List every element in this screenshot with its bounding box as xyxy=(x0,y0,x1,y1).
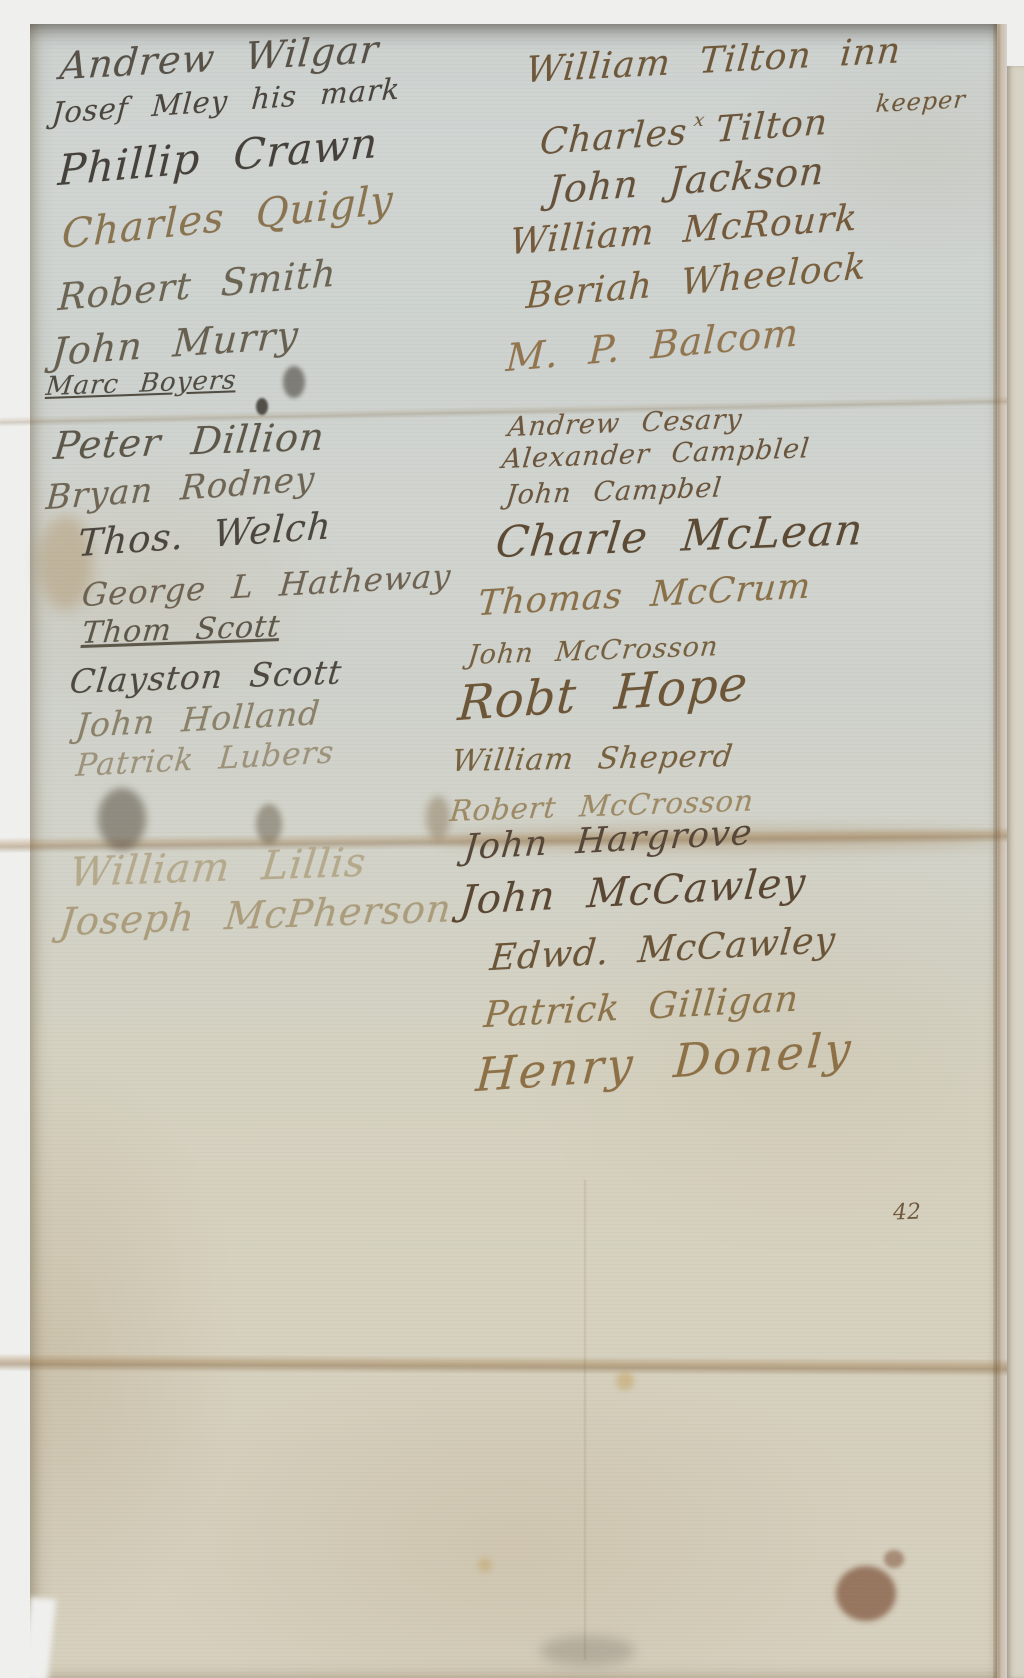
right-signature-20: Edwd. McCawley xyxy=(488,920,837,979)
signature-column-right: William Tilton innkeeperxCharles TiltonJ… xyxy=(0,0,1024,1678)
right-signature-13: Thomas McCrum xyxy=(476,566,813,624)
document-scan-page: { "page": { "page_number": "42" }, "colo… xyxy=(0,0,1024,1678)
right-signature-21: Patrick Gilligan xyxy=(482,978,801,1036)
right-signature-19: John McCawley xyxy=(458,860,808,924)
right-signature-1: William Tilton inn xyxy=(524,30,903,91)
scanned-document: Andrew WilgarJosef Mley his markPhillip … xyxy=(0,0,1024,1678)
right-signature-2: keeper xyxy=(875,85,967,118)
right-signature-16: William Sheperd xyxy=(450,739,735,779)
page-number: 42 xyxy=(893,1200,922,1226)
right-signature-8: M. P. Balcom xyxy=(505,310,800,380)
right-signature-11: John Campbel xyxy=(504,472,723,511)
right-signature-12: Charle McLean xyxy=(493,505,866,568)
